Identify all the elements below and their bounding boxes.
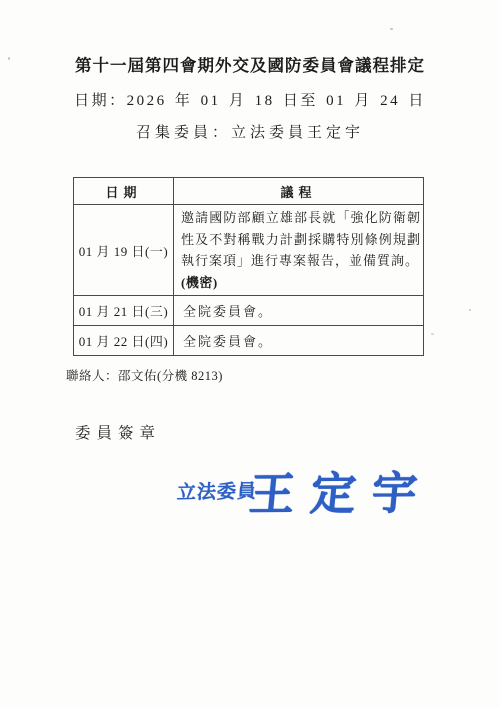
agenda-text: 邀請國防部顧立雄部長就「強化防衛韌性及不對稱戰力計劃採購特別條例規劃執行案項」進… [181,207,421,272]
contact-line: 聯絡人：邵文佑(分機 8213) [66,366,223,384]
classified-note: (機密) [181,272,421,293]
document-title: 第十一屆第四會期外交及國防委員會議程排定 [0,52,500,76]
agenda-cell: 全院委員會。 [174,296,424,326]
agenda-cell: 全院委員會。 [174,326,424,356]
date-range-line: 日期：2026 年 01 月 18 日至 01 月 24 日 [0,89,500,110]
signature-name: 王定宇 [247,456,436,523]
signature-stamp: 立法委員 王定宇 [0,455,500,525]
paper-speck [431,333,434,335]
table-header-row: 日期 議程 [74,178,424,205]
column-header-agenda: 議程 [174,178,424,205]
date-cell: 01 月 19 日(一) [74,205,174,296]
convener-line: 召集委員：立法委員王定宇 [0,121,500,142]
table-row: 01 月 21 日(三) 全院委員會。 [74,296,424,326]
signature-label: 委員簽章 [75,421,161,443]
agenda-cell: 邀請國防部顧立雄部長就「強化防衛韌性及不對稱戰力計劃採購特別條例規劃執行案項」進… [174,205,424,296]
date-cell: 01 月 22 日(四) [74,326,174,356]
paper-speck [390,28,393,30]
signature-prefix: 立法委員 [176,476,258,504]
table-row: 01 月 22 日(四) 全院委員會。 [74,326,424,356]
date-cell: 01 月 21 日(三) [74,296,174,326]
agenda-table: 日期 議程 01 月 19 日(一) 邀請國防部顧立雄部長就「強化防衛韌性及不對… [73,177,424,356]
document-page: 第十一屆第四會期外交及國防委員會議程排定 日期：2026 年 01 月 18 日… [0,0,500,707]
column-header-date: 日期 [74,178,174,205]
paper-speck [8,57,10,60]
paper-speck [469,309,471,311]
table-row: 01 月 19 日(一) 邀請國防部顧立雄部長就「強化防衛韌性及不對稱戰力計劃採… [74,205,424,296]
